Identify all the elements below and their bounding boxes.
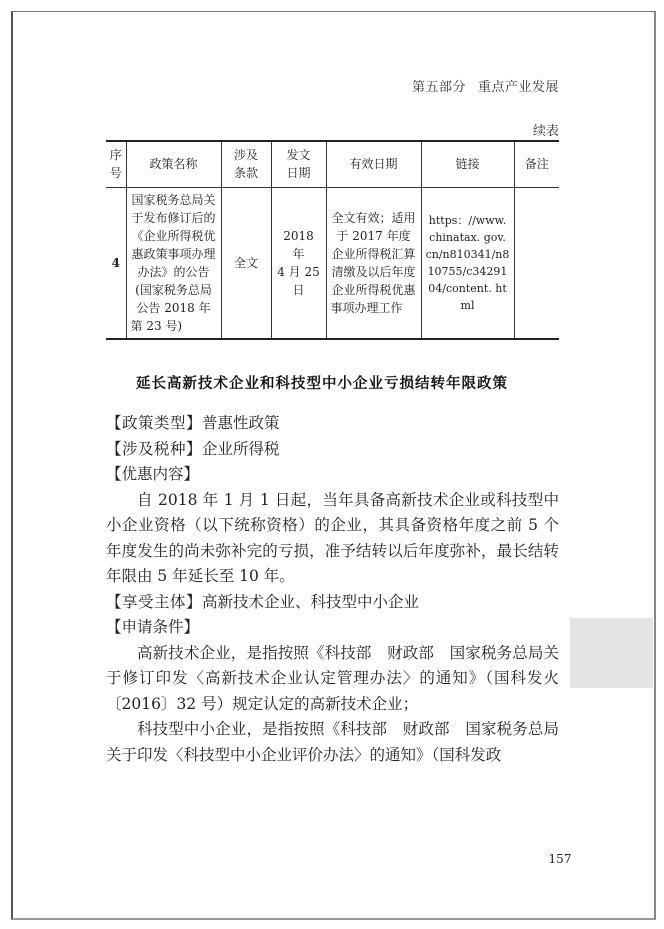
condition-high-tech: 高新技术企业，是指按照《科技部 财政部 国家税务总局关于修订印发〈高新技术企业认… <box>106 641 559 718</box>
header-policy-name: 政策名称 <box>126 141 221 187</box>
header-seq: 序号 <box>106 141 126 187</box>
policy-table: 序号 政策名称 涉及条款 发文日期 有效日期 链接 备注 4 国家税务总局关于发… <box>106 140 559 340</box>
table-continued-label: 续表 <box>470 120 559 139</box>
tax-type-label: 【涉及税种】 <box>106 440 202 458</box>
benefit-label: 【优惠内容】 <box>106 462 559 488</box>
policy-body: 【政策类型】普惠性政策 【涉及税种】企业所得税 【优惠内容】 自 2018 年 … <box>106 411 559 768</box>
policy-type-line: 【政策类型】普惠性政策 <box>106 411 559 437</box>
conditions-label: 【申请条件】 <box>106 615 559 641</box>
policy-type-label: 【政策类型】 <box>106 414 202 432</box>
cell-seq: 4 <box>106 187 126 339</box>
cell-link[interactable]: https：//www. chinatax. gov. cn/n810341/n… <box>421 187 514 339</box>
condition-sme: 科技型中小企业，是指按照《科技部 财政部 国家税务总局关于印发〈科技型中小企业评… <box>106 717 559 768</box>
cell-effective-date: 全文有效；适用于 2017 年度企业所得税汇算清缴及以后年度企业所得税优惠事项办… <box>326 187 421 339</box>
policy-type-value: 普惠性政策 <box>202 414 280 432</box>
running-head: 第五部分重点产业发展 <box>330 76 559 95</box>
tax-type-value: 企业所得税 <box>202 440 280 458</box>
table-row: 4 国家税务总局关于发布修订后的《企业所得税优惠政策事项办理办法》的公告(国家税… <box>106 187 559 339</box>
header-remark: 备注 <box>514 141 559 187</box>
section-title: 延长高新技术企业和科技型中小企业亏损结转年限政策 <box>136 372 508 393</box>
running-head-part: 第五部分 <box>412 80 466 95</box>
chapter-thumb-tab <box>570 618 653 688</box>
header-issue-date: 发文日期 <box>271 141 326 187</box>
beneficiary-value: 高新技术企业、科技型中小企业 <box>202 593 419 611</box>
cell-clause: 全文 <box>221 187 271 339</box>
header-effective-date: 有效日期 <box>326 141 421 187</box>
cell-remark <box>514 187 559 339</box>
cell-issue-date: 2018 年4 月 25 日 <box>271 187 326 339</box>
table-header-row: 序号 政策名称 涉及条款 发文日期 有效日期 链接 备注 <box>106 141 559 187</box>
header-clause: 涉及条款 <box>221 141 271 187</box>
running-head-section: 重点产业发展 <box>478 80 559 95</box>
cell-policy-name: 国家税务总局关于发布修订后的《企业所得税优惠政策事项办理办法》的公告(国家税务总… <box>126 187 221 339</box>
beneficiary-line: 【享受主体】高新技术企业、科技型中小企业 <box>106 590 559 616</box>
beneficiary-label: 【享受主体】 <box>106 593 202 611</box>
header-link: 链接 <box>421 141 514 187</box>
page-number: 157 <box>540 852 580 866</box>
tax-type-line: 【涉及税种】企业所得税 <box>106 437 559 463</box>
benefit-text: 自 2018 年 1 月 1 日起，当年具备高新技术企业或科技型中小企业资格（以… <box>106 488 559 590</box>
